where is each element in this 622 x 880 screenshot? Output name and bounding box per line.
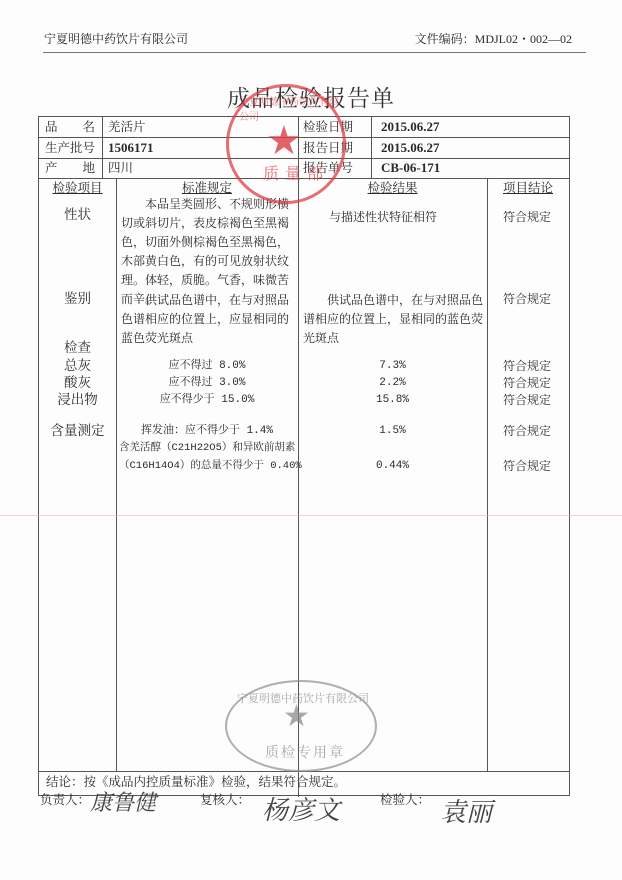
result-character: 与描述性状特征相符 [329, 207, 437, 228]
col-header-item: 检验项目 [39, 177, 116, 198]
conclusion-total-ash: 符合规定 [503, 357, 551, 375]
stamp-text: 质量部 [263, 161, 329, 184]
item-acid-ash: 酸灰 [39, 374, 116, 392]
star-icon: ★ [266, 121, 302, 161]
inspect-date-value: 2015.06.27 [381, 116, 440, 137]
reviewer-signature: 杨彦文 [262, 790, 340, 827]
batch-label: 生产批号 [45, 137, 95, 158]
col-divider [487, 178, 488, 771]
result-volatile-oil: 1.5% [298, 421, 487, 442]
standard-notopterol-line1: 含羌活醇（C21H22O5）和异欧前胡素 [119, 439, 295, 458]
conclusion-notopterol: 符合规定 [503, 456, 551, 477]
result-extract: 15.8% [298, 391, 487, 409]
result-total-ash: 7.3% [298, 357, 487, 375]
result-identification: 供试品色谱中，在与对照品色谱相应的位置上，显相同的蓝色荧光斑点 [303, 291, 483, 348]
item-check-heading: 检查 [39, 339, 116, 357]
standard-acid-ash: 应不得过 3.0% [116, 374, 298, 392]
col-divider [371, 117, 372, 178]
item-character: 性状 [39, 205, 116, 226]
inspector-label: 检验人： [380, 790, 430, 808]
responsible-label: 负责人： [40, 790, 90, 808]
company-name: 宁夏明德中药饮片有限公司 [44, 30, 188, 47]
report-date-value: 2015.06.27 [381, 137, 440, 158]
responsible-signature: 康鲁健 [90, 786, 156, 817]
product-name-value: 羌活片 [108, 116, 146, 137]
standard-extract: 应不得少于 15.0% [116, 391, 298, 409]
qc-seal-stamp: 宁夏明德中药饮片有限公司 ★ 质检专用章 [225, 680, 377, 772]
document-code: 文件编码：MDJL02・002—02 [415, 30, 572, 47]
reviewer-label: 复核人： [200, 790, 250, 808]
result-acid-ash: 2.2% [298, 374, 487, 392]
star-icon: ★ [283, 702, 310, 732]
conclusion-volatile-oil: 符合规定 [503, 421, 551, 442]
standard-total-ash: 应不得过 8.0% [116, 357, 298, 375]
conclusion-character: 符合规定 [503, 207, 551, 228]
product-name-label: 品 名 [45, 116, 95, 137]
standard-notopterol-line2: （C16H14O4）的总量不得少于 0.40% [119, 457, 302, 476]
col-header-conclusion: 项目结论 [487, 177, 569, 198]
item-assay: 含量测定 [39, 421, 116, 442]
item-identification: 鉴别 [39, 289, 116, 310]
item-extract: 浸出物 [39, 391, 116, 409]
inspector-signature: 袁丽 [440, 792, 492, 829]
header-divider [43, 52, 586, 53]
scan-artifact-line [0, 515, 622, 516]
col-divider [102, 117, 103, 178]
conclusion-extract: 符合规定 [503, 391, 551, 409]
report-no-value: CB-06-171 [381, 157, 440, 178]
item-total-ash: 总灰 [39, 357, 116, 375]
stamp-text: 质检专用章 [265, 742, 345, 762]
origin-label: 产 地 [45, 157, 95, 178]
conclusion-identification: 符合规定 [503, 289, 551, 310]
result-notopterol: 0.44% [298, 456, 487, 477]
origin-value: 四川 [108, 157, 133, 178]
conclusion-acid-ash: 符合规定 [503, 374, 551, 392]
col-divider [116, 178, 117, 771]
quality-dept-stamp: 宁夏明德中药饮片有限公司 ★ 质量部 [226, 84, 346, 204]
standard-identification: 供试品色谱中，在与对照品色谱相应的位置上，应显相同的蓝色荧光斑点 [121, 291, 295, 348]
batch-value: 1506171 [108, 137, 154, 158]
